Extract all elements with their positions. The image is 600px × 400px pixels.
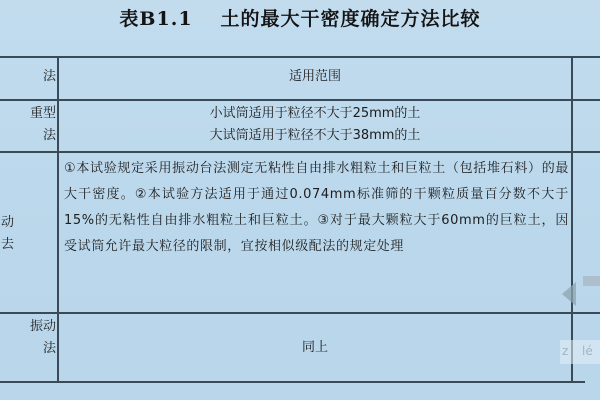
table-bottom-border — [0, 381, 585, 383]
header-method-label: 法 — [0, 66, 56, 88]
document-page: 表B1.1土的最大干密度确定方法比较 法 适用范围 重型 法 小试筒适用于粒径不… — [0, 0, 600, 400]
watermark-letter: z — [562, 344, 568, 358]
row3-scope: 同上 — [59, 337, 571, 359]
row2-method: 动 去 — [0, 212, 14, 256]
row2-method-line1: 动 — [0, 212, 14, 234]
row-divider-header — [0, 99, 600, 101]
row3-method: 振动 法 — [0, 316, 56, 360]
watermark-bar — [583, 276, 600, 286]
row2-scope: ①本试验规定采用振动台法测定无粘性自由排水粗粒土和巨粒土（包括堆石料）的最大干密… — [64, 156, 569, 260]
row3-method-line2: 法 — [0, 338, 56, 360]
row1-scope-line2: 大试筒适用于粒径不大于38mm的土 — [59, 125, 571, 147]
row3-method-line1: 振动 — [0, 316, 56, 338]
row1-scope: 小试筒适用于粒径不大于25mm的土 大试筒适用于粒径不大于38mm的土 — [59, 103, 571, 147]
row1-method-line2: 法 — [0, 125, 56, 147]
header-scope: 适用范围 — [59, 66, 571, 88]
watermark-glyph: lé — [582, 344, 593, 358]
row-divider-1 — [0, 151, 600, 153]
table-title: 表B1.1土的最大干密度确定方法比较 — [0, 4, 600, 31]
row1-method: 重型 法 — [0, 103, 56, 147]
watermark-triangle-icon — [562, 282, 576, 306]
header-method: 法 — [0, 66, 56, 88]
row1-method-line1: 重型 — [0, 103, 56, 125]
row-divider-2 — [0, 312, 600, 314]
table-number: 表B1.1 — [119, 8, 192, 30]
column-divider-2 — [571, 56, 573, 383]
table-title-text: 土的最大干密度确定方法比较 — [221, 8, 481, 30]
row2-method-line2: 去 — [0, 234, 14, 256]
table-top-border — [0, 56, 600, 58]
row1-scope-line1: 小试筒适用于粒径不大于25mm的土 — [59, 103, 571, 125]
